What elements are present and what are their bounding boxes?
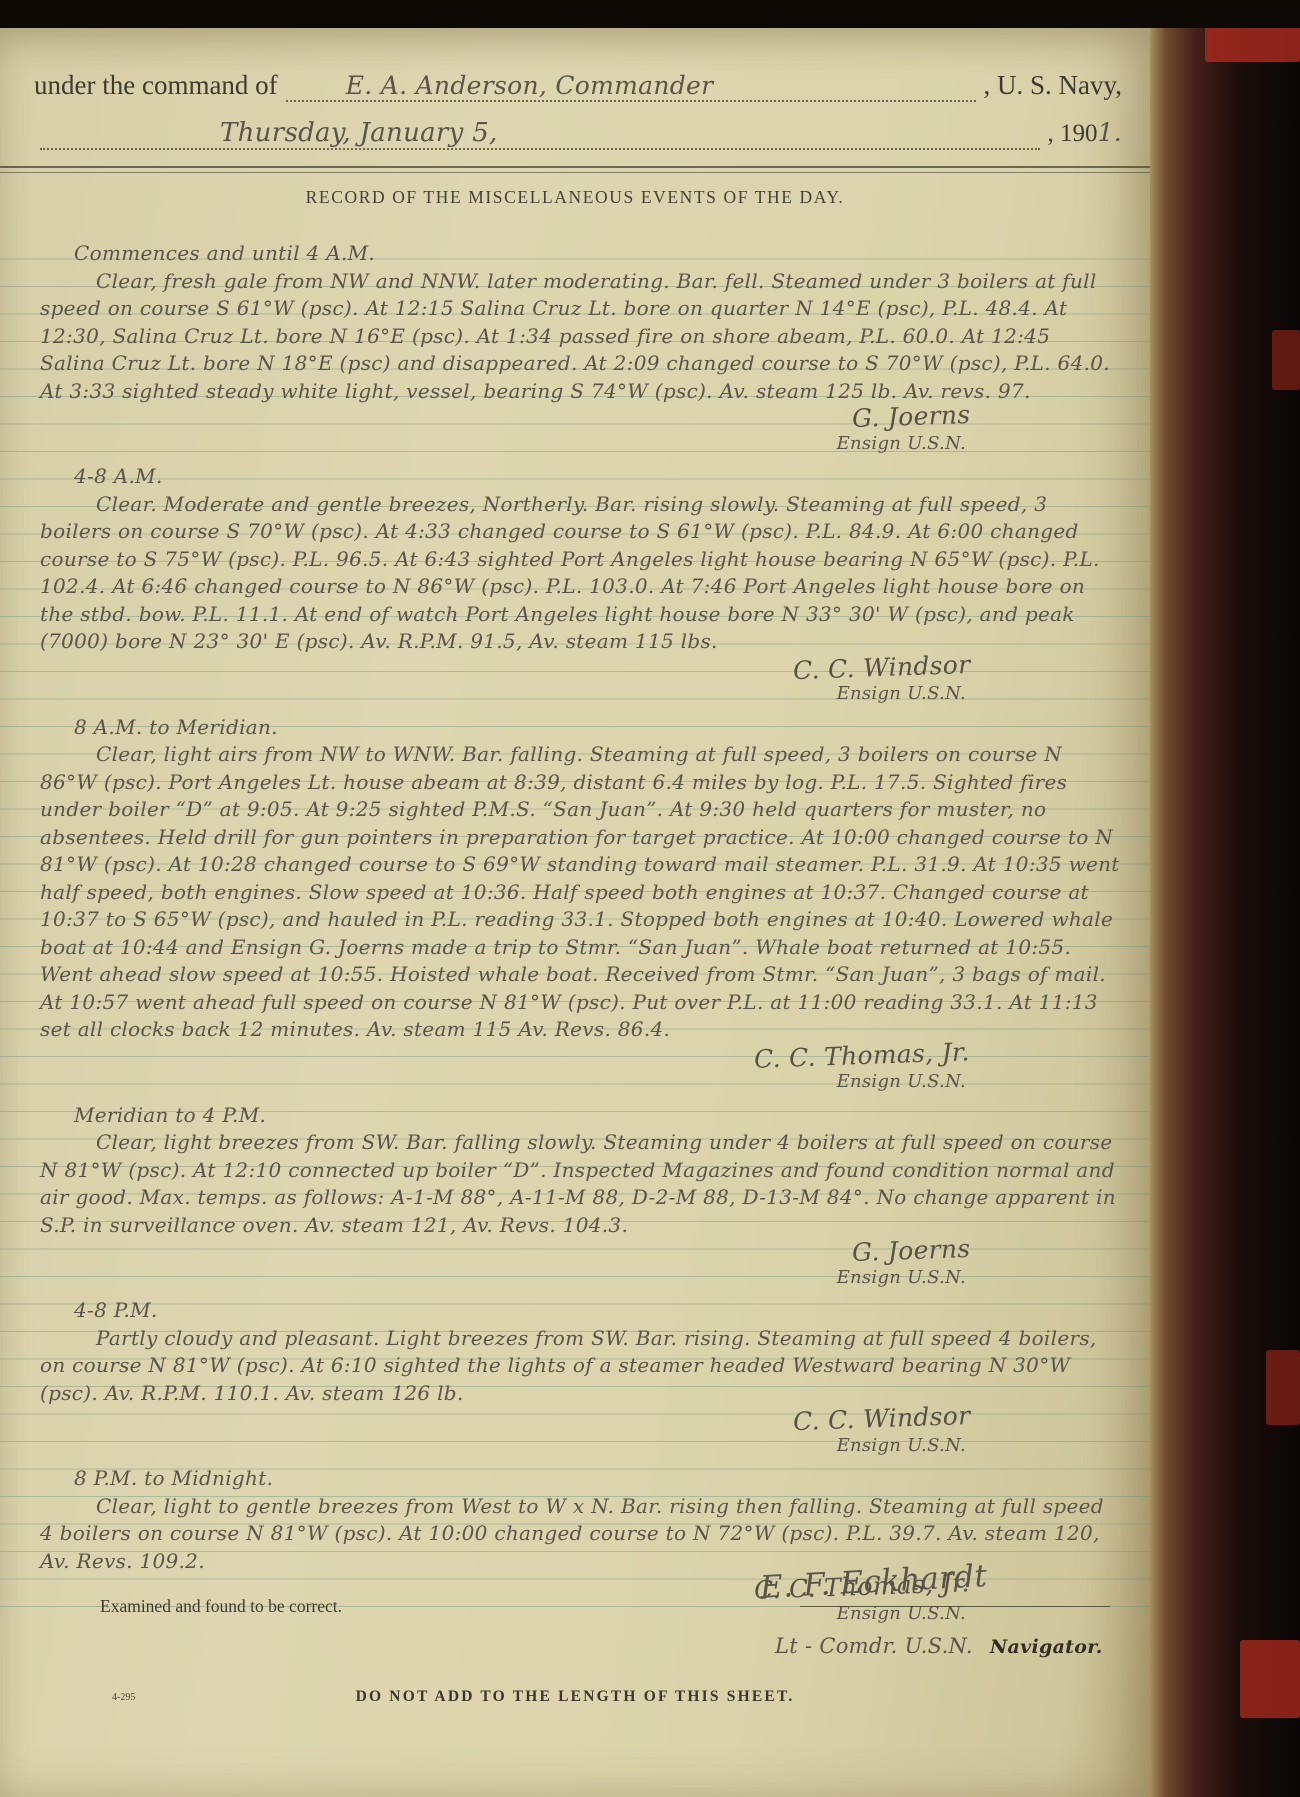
navigator-title: Navigator. xyxy=(990,1636,1103,1658)
examined-statement: Examined and found to be correct. xyxy=(100,1596,342,1617)
page-edge-red-dye xyxy=(1240,1640,1300,1718)
page-edge-red-dye xyxy=(1272,330,1300,390)
signature-rank: Ensign U.S.N. xyxy=(40,1432,970,1460)
year-written: 1. xyxy=(1098,118,1122,147)
log-entry: 4-8 P.M. Partly cloudy and pleasant. Lig… xyxy=(40,1297,1120,1459)
page-edge-red-dye xyxy=(1266,1350,1300,1425)
watch-label: Commences and until 4 A.M. xyxy=(74,240,1120,268)
navy-suffix: , U. S. Navy, xyxy=(984,70,1123,101)
signature-block: G. Joerns Ensign U.S.N. xyxy=(40,403,1120,457)
signature: C. C. Windsor xyxy=(792,650,970,684)
signature: C. C. Windsor xyxy=(792,1402,970,1436)
signature-rank: Ensign U.S.N. xyxy=(40,1068,970,1096)
navigator-rank-text: Lt - Comdr. U.S.N. xyxy=(775,1634,973,1658)
entry-text: Clear. Moderate and gentle breezes, Nort… xyxy=(40,491,1120,656)
signature-rank: Ensign U.S.N. xyxy=(40,1264,970,1292)
signature-block: G. Joerns Ensign U.S.N. xyxy=(40,1237,1120,1291)
entry-text: Partly cloudy and pleasant. Light breeze… xyxy=(40,1325,1120,1408)
entry-text: Clear, fresh gale from NW and NNW. later… xyxy=(40,268,1120,406)
signature-rank: Ensign U.S.N. xyxy=(40,680,970,708)
signature-rank: Ensign U.S.N. xyxy=(40,430,970,458)
watch-label: 4-8 P.M. xyxy=(74,1297,1120,1325)
date-line: Thursday, January 5, , 190 1. xyxy=(40,118,1122,150)
header-divider xyxy=(0,166,1150,173)
signature-underline xyxy=(800,1606,1110,1607)
scan-border xyxy=(0,0,1300,28)
navigator-rank: Lt - Comdr. U.S.N. Navigator. xyxy=(775,1634,1103,1658)
page-title: RECORD OF THE MISCELLANEOUS EVENTS OF TH… xyxy=(0,187,1150,208)
log-entry: 8 A.M. to Meridian. Clear, light airs fr… xyxy=(40,714,1120,1096)
length-warning: DO NOT ADD TO THE LENGTH OF THIS SHEET. xyxy=(0,1688,1150,1706)
signature-block: C. C. Thomas, Jr. Ensign U.S.N. xyxy=(40,1042,1120,1096)
log-sheet: under the command of E. A. Anderson, Com… xyxy=(0,28,1150,1797)
watch-label: Meridian to 4 P.M. xyxy=(74,1102,1120,1130)
year-printed: , 190 xyxy=(1048,120,1098,148)
watch-label: 4-8 A.M. xyxy=(74,463,1120,491)
entry-text: Clear, light airs from NW to WNW. Bar. f… xyxy=(40,741,1120,1044)
log-header: under the command of E. A. Anderson, Com… xyxy=(0,28,1150,208)
command-prefix: under the command of xyxy=(34,70,278,101)
log-entry: 4-8 A.M. Clear. Moderate and gentle bree… xyxy=(40,463,1120,708)
log-date: Thursday, January 5, xyxy=(40,118,1040,150)
log-entry: Meridian to 4 P.M. Clear, light breezes … xyxy=(40,1102,1120,1292)
watch-label: 8 A.M. to Meridian. xyxy=(74,714,1120,742)
entries: Commences and until 4 A.M. Clear, fresh … xyxy=(0,234,1150,1627)
watch-label: 8 P.M. to Midnight. xyxy=(74,1465,1120,1493)
log-entry: Commences and until 4 A.M. Clear, fresh … xyxy=(40,240,1120,457)
signature: G. Joerns xyxy=(851,401,970,433)
commander-name: E. A. Anderson, Commander xyxy=(286,71,976,102)
entry-text: Clear, light breezes from SW. Bar. falli… xyxy=(40,1129,1120,1239)
command-line: under the command of E. A. Anderson, Com… xyxy=(34,70,1122,102)
signature-block: C. C. Windsor Ensign U.S.N. xyxy=(40,654,1120,708)
signature-block: C. C. Windsor Ensign U.S.N. xyxy=(40,1405,1120,1459)
book-edge xyxy=(1150,0,1300,1797)
signature: G. Joerns xyxy=(851,1235,970,1267)
